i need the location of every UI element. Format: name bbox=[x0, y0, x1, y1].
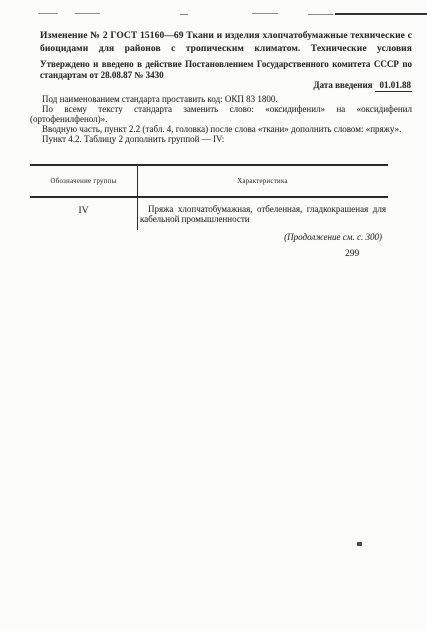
table-column-divider bbox=[137, 166, 138, 230]
effective-date-line: Дата введения01.01.88 bbox=[313, 80, 412, 92]
table-header-characteristic-label: Характеристика bbox=[237, 178, 288, 185]
amendment-title: Изменение № 2 ГОСТ 15160—69 Ткани и изде… bbox=[40, 30, 412, 56]
group-designation-cell: IV bbox=[30, 198, 137, 230]
scanned-standard-page: Изменение № 2 ГОСТ 15160—69 Ткани и изде… bbox=[0, 0, 427, 631]
page-number: 299 bbox=[345, 249, 359, 259]
scan-artifact-dash bbox=[252, 13, 278, 14]
groups-table: Обозначение группы Характеристика IV Пря… bbox=[30, 164, 388, 230]
characteristic-cell: Пряжа хлопчатобумажная, отбеленная, глад… bbox=[137, 198, 388, 230]
scan-artifact-dash bbox=[180, 14, 188, 15]
approval-paragraph: Утверждено и введено в действие Постанов… bbox=[40, 59, 412, 80]
table-row: IV Пряжа хлопчатобумажная, отбеленная, г… bbox=[30, 198, 388, 230]
table-header-row: Обозначение группы Характеристика bbox=[30, 166, 388, 198]
table-header-group-cell: Обозначение группы bbox=[30, 166, 137, 196]
scan-artifact-dash bbox=[75, 13, 100, 14]
scan-artifact-line bbox=[335, 13, 427, 15]
body-paragraph: Пункт 4.2. Таблицу 2 дополнить группой —… bbox=[30, 134, 412, 144]
scan-artifact-dash bbox=[308, 14, 333, 15]
scan-artifact-speck bbox=[357, 542, 362, 546]
body-text: Под наименованием стандарта проставить к… bbox=[30, 94, 412, 144]
table-header-group-label: Обозначение группы bbox=[51, 178, 117, 185]
body-paragraph: Вводную часть, пункт 2.2 (табл. 4, голов… bbox=[30, 124, 412, 134]
effective-date-value: 01.01.88 bbox=[375, 80, 413, 92]
scan-artifact-dash bbox=[38, 13, 58, 14]
body-paragraph: Под наименованием стандарта проставить к… bbox=[30, 94, 412, 104]
table-header-characteristic-cell: Характеристика bbox=[137, 166, 388, 196]
continuation-note: (Продолжение см. с. 300) bbox=[284, 232, 382, 242]
effective-date-label: Дата введения bbox=[313, 80, 372, 90]
characteristic-text: Пряжа хлопчатобумажная, отбеленная, глад… bbox=[140, 204, 386, 224]
body-paragraph: По всему тексту стандарта заменить слово… bbox=[30, 104, 412, 124]
